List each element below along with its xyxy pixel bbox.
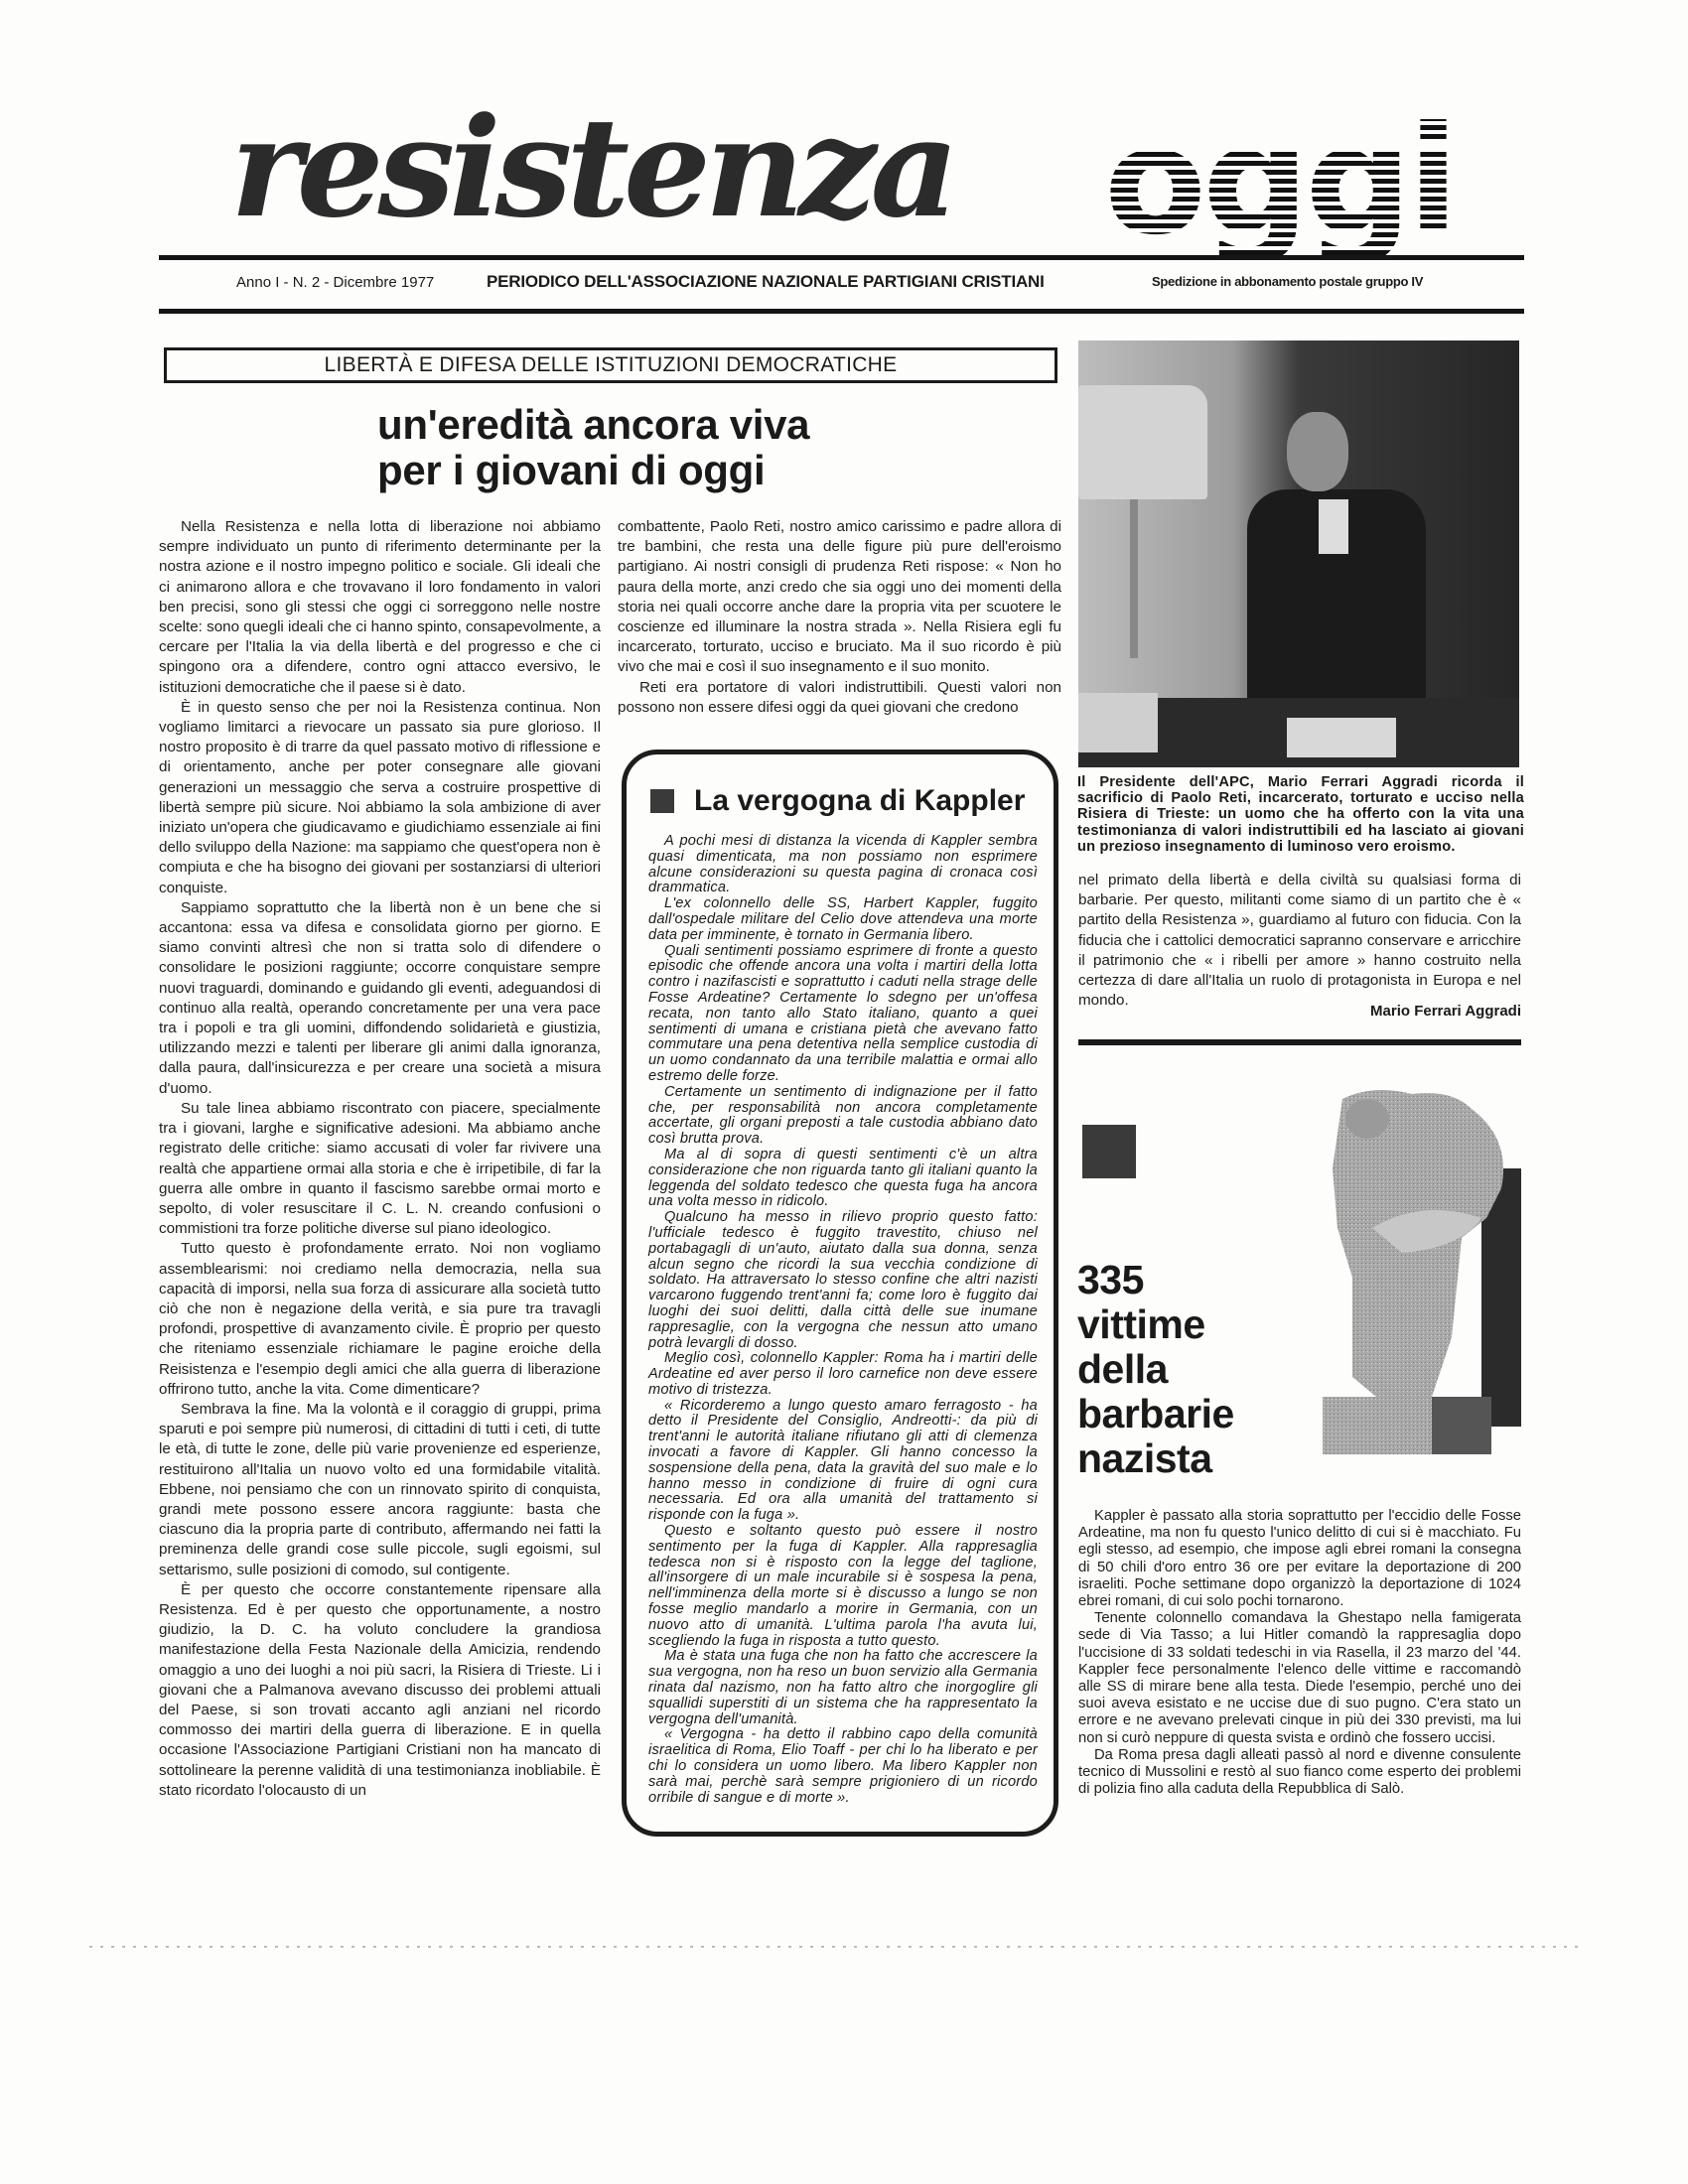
- ardeatine-headline: 335 vittime della barbarie nazista: [1077, 1258, 1234, 1481]
- masthead-subline: Anno I - N. 2 - Dicembre 1977 PERIODICO …: [159, 274, 1524, 296]
- scan-edge-artifact: [89, 1946, 1579, 1948]
- photo-lamp-shade: [1078, 385, 1207, 499]
- paragraph: Quali sentimenti possiamo esprimere di f…: [648, 944, 1038, 1085]
- paragraph: Tenente colonnello comandava la Ghestapo…: [1078, 1610, 1521, 1747]
- masthead-title-resistenza: resistenza: [230, 99, 953, 236]
- paragraph: combattente, Paolo Reti, nostro amico ca…: [618, 517, 1061, 678]
- issue-info: Anno I - N. 2 - Dicembre 1977: [236, 274, 434, 291]
- paragraph: Nella Resistenza e nella lotta di libera…: [159, 517, 601, 698]
- paragraph: Su tale linea abbiamo riscontrato con pi…: [159, 1099, 601, 1239]
- paragraph: Sappiamo soprattutto che la libertà non …: [159, 898, 601, 1099]
- paragraph: Reti era portatore di valori indistrutti…: [618, 678, 1061, 718]
- paragraph: « Ricorderemo a lungo questo amaro ferra…: [648, 1399, 1038, 1524]
- paragraph: È per questo che occorre constantemente …: [159, 1580, 601, 1801]
- paragraph: Ma al di sopra di questi sentimenti c'è …: [648, 1148, 1038, 1210]
- square-bullet-icon: [1082, 1125, 1136, 1178]
- headline-line: 335: [1077, 1258, 1234, 1302]
- paragraph: Qualcuno ha messo in rilievo proprio que…: [648, 1210, 1038, 1351]
- headline-line: della: [1077, 1347, 1234, 1392]
- publisher-line: PERIODICO DELL'ASSOCIAZIONE NAZIONALE PA…: [487, 272, 1045, 292]
- paragraph: Questo e soltanto questo può essere il n…: [648, 1524, 1038, 1649]
- paragraph: Da Roma presa dagli alleati passò al nor…: [1078, 1747, 1521, 1799]
- paragraph: È in questo senso che per noi la Resiste…: [159, 698, 601, 898]
- paragraph: « Vergogna - ha detto il rabbino capo de…: [648, 1727, 1038, 1806]
- headline-line: vittime: [1077, 1302, 1234, 1347]
- paragraph: Certamente un sentimento di indignazione…: [648, 1085, 1038, 1148]
- kappler-title-text: La vergogna di Kappler: [694, 784, 1025, 818]
- ardeatine-article: Kappler è passato alla storia soprattutt…: [1078, 1508, 1521, 1798]
- paragraph: L'ex colonnello delle SS, Harbert Kapple…: [648, 896, 1038, 943]
- section-banner: LIBERTÀ E DIFESA DELLE ISTITUZIONI DEMOC…: [164, 347, 1057, 383]
- paragraph: Meglio così, colonnello Kappler: Roma ha…: [648, 1351, 1038, 1398]
- headline-line-1: un'eredità ancora viva: [377, 402, 809, 448]
- article-column-1: Nella Resistenza e nella lotta di libera…: [159, 517, 601, 1801]
- paragraph: A pochi mesi di distanza la vicenda di K…: [648, 834, 1038, 896]
- right-column-rule: [1078, 1039, 1521, 1045]
- photo-paper: [1287, 718, 1396, 757]
- article-signature: Mario Ferrari Aggradi: [1078, 1003, 1521, 1020]
- article-column-2: combattente, Paolo Reti, nostro amico ca…: [618, 517, 1061, 718]
- square-bullet-icon: [650, 789, 674, 813]
- headline-line: nazista: [1077, 1436, 1234, 1481]
- president-photo: [1078, 341, 1519, 767]
- paragraph: nel primato della libertà e della civilt…: [1078, 871, 1521, 1011]
- memorial-sculpture-image: [1313, 1079, 1521, 1456]
- sculpture-icon: [1313, 1079, 1521, 1456]
- headline-line-2: per i giovani di oggi: [377, 448, 809, 493]
- masthead-rule-bottom: [159, 309, 1524, 314]
- paragraph: Kappler è passato alla storia soprattutt…: [1078, 1508, 1521, 1610]
- masthead-rule-top: [159, 255, 1524, 260]
- masthead: resistenza oggi: [230, 117, 1452, 264]
- headline-line: barbarie: [1077, 1392, 1234, 1436]
- main-headline: un'eredità ancora viva per i giovani di …: [377, 402, 809, 493]
- postage-line: Spedizione in abbonamento postale gruppo…: [1152, 274, 1423, 289]
- photo-newspaper: [1078, 693, 1158, 752]
- photo-figure-shirt: [1319, 499, 1348, 554]
- paragraph: Sembrava la fine. Ma la volontà e il cor…: [159, 1400, 601, 1580]
- paragraph: Tutto questo è profondamente errato. Noi…: [159, 1239, 601, 1400]
- masthead-title-oggi: oggi: [1104, 107, 1455, 256]
- photo-figure-head: [1287, 412, 1348, 491]
- photo-caption: Il Presidente dell'APC, Mario Ferrari Ag…: [1077, 774, 1524, 855]
- article-column-3: nel primato della libertà e della civilt…: [1078, 871, 1521, 1011]
- kappler-box-body: A pochi mesi di distanza la vicenda di K…: [648, 834, 1038, 1806]
- photo-lamp-stem: [1130, 499, 1138, 658]
- kappler-box-title: La vergogna di Kappler: [650, 784, 1025, 818]
- kappler-sidebar-box: La vergogna di Kappler A pochi mesi di d…: [622, 750, 1058, 1837]
- paragraph: Ma è stata una fuga che non ha fatto che…: [648, 1649, 1038, 1727]
